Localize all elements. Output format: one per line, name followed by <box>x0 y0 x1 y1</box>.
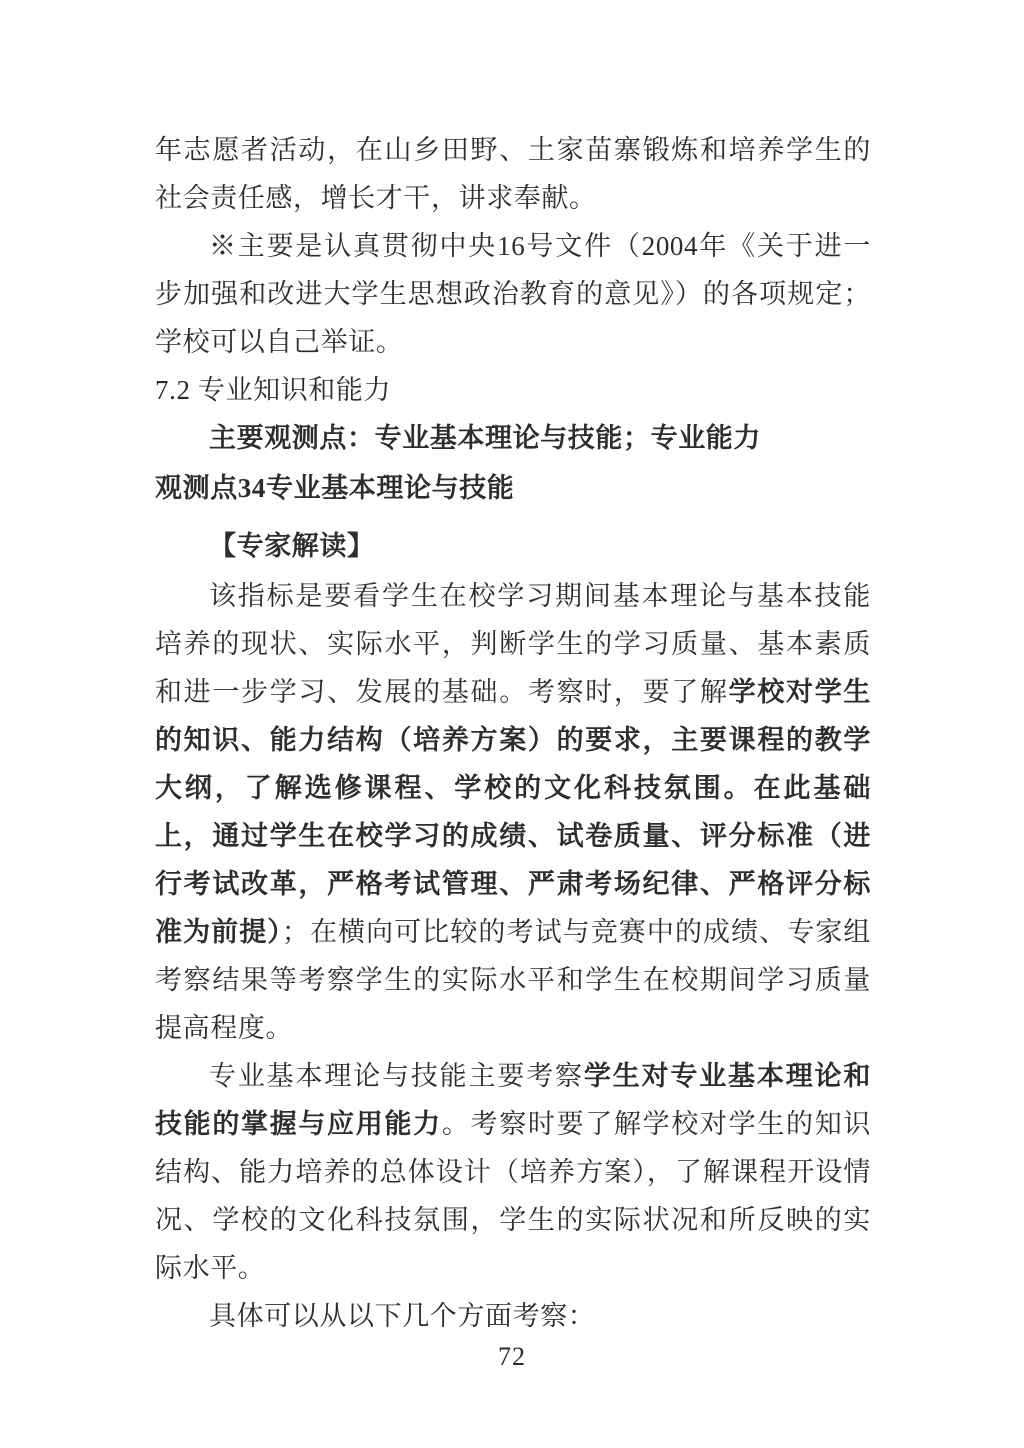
expert-interpretation-heading: 【专家解读】 <box>155 522 871 570</box>
observation-point-34-heading: 观测点34专业基本理论与技能 <box>155 462 871 514</box>
page-number: 72 <box>0 1342 1024 1372</box>
paragraph-expert-1: 该指标是要看学生在校学习期间基本理论与基本技能培养的现状、实际水平，判断学生的学… <box>155 572 871 1052</box>
paragraph-continuation: 年志愿者活动，在山乡田野、土家苗寨锻炼和培养学生的社会责任感，增长才干，讲求奉献… <box>155 126 871 222</box>
heading-text: 【专家解读】 <box>209 531 375 561</box>
heading-text: 7.2 专业知识和能力 <box>155 375 391 405</box>
paragraph-lead-in: 具体可以从以下几个方面考察： <box>155 1292 871 1340</box>
heading-text: 观测点34专业基本理论与技能 <box>155 473 514 503</box>
text-run: 年志愿者活动，在山乡田野、土家苗寨锻炼和培养学生的社会责任感，增长才干，讲求奉献… <box>155 135 871 213</box>
document-page: 年志愿者活动，在山乡田野、土家苗寨锻炼和培养学生的社会责任感，增长才干，讲求奉献… <box>0 0 1024 1448</box>
paragraph-expert-2: 专业基本理论与技能主要考察学生对专业基本理论和技能的掌握与应用能力。考察时要了解… <box>155 1052 871 1292</box>
text-run-bold: 学校对学生的知识、能力结构（培养方案）的要求，主要课程的教学大纲，了解选修课程、… <box>155 677 871 947</box>
section-heading: 7.2 专业知识和能力 <box>155 366 871 414</box>
heading-text: 主要观测点：专业基本理论与技能；专业能力 <box>209 423 761 453</box>
content-area: 年志愿者活动，在山乡田野、土家苗寨锻炼和培养学生的社会责任感，增长才干，讲求奉献… <box>155 126 871 1340</box>
text-run: ※主要是认真贯彻中央16号文件（2004年《关于进一步加强和改进大学生思想政治教… <box>155 231 871 357</box>
text-run: 具体可以从以下几个方面考察： <box>209 1301 595 1331</box>
text-run: 专业基本理论与技能主要考察 <box>209 1061 584 1091</box>
paragraph-note: ※主要是认真贯彻中央16号文件（2004年《关于进一步加强和改进大学生思想政治教… <box>155 222 871 366</box>
observation-points-heading: 主要观测点：专业基本理论与技能；专业能力 <box>155 414 871 462</box>
